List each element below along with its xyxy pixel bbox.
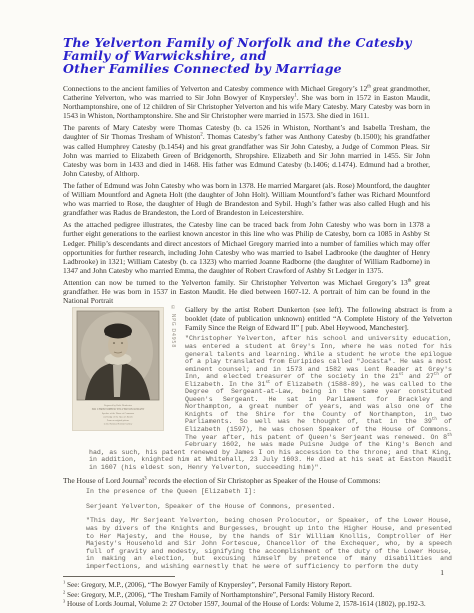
page-number: 1 [440, 568, 444, 577]
portrait-figure: Engraved by Robt. Dunkerton SIR CHRISTOP… [72, 307, 176, 445]
footnote-divider [63, 576, 175, 577]
quote-presence-line: In the presence of the Queen [Elizabeth … [86, 488, 452, 496]
document-title: The Yelverton Family of Norfolk and the … [63, 36, 430, 75]
paragraph-pedigree: As the attached pedigree illustrates, th… [63, 220, 430, 275]
title-line-1: The Yelverton Family of Norfolk and the … [63, 35, 412, 63]
document-page: The Yelverton Family of Norfolk and the … [0, 0, 474, 613]
quote-speech-paragraph: "This day, Mr Serjeant Yelverton, being … [86, 517, 452, 570]
npg-credit-label: © NPG D4958 [170, 305, 176, 348]
portrait-and-abstract-section: Engraved by Robt. Dunkerton SIR CHRISTOP… [63, 305, 452, 471]
footnotes-section: 1 See: Gregory, M.P., (2006), “The Bowye… [63, 576, 430, 609]
footnote-1: 1 See: Gregory, M.P., (2006), “The Bowye… [63, 581, 430, 590]
paragraph-catesby-parents: The parents of Mary Catesby were Thomas … [63, 123, 430, 178]
portrait-image: Engraved by Robt. Dunkerton SIR CHRISTOP… [72, 307, 164, 445]
paragraph-connections: Connections to the ancient families of Y… [63, 84, 430, 120]
footnote-2: 2 See: Gregory, M.P., (2006), “The Tresh… [63, 591, 430, 600]
svg-text:and Judge of the Queen's Bench: and Judge of the Queen's Bench [103, 416, 133, 419]
paragraph-yelverton-intro: Attention can now be turned to the Yelve… [63, 278, 430, 305]
lords-journal-heading: The House of Lord Journal3 records the e… [63, 476, 430, 485]
footnote-3: 3 House of Lords Journal, Volume 2: 27 O… [63, 600, 430, 609]
title-line-2: Other Families Connected by Marriage [63, 61, 342, 76]
svg-text:in the National Portrait Galle: in the National Portrait Gallery [104, 424, 133, 426]
svg-text:Speaker of the House of Common: Speaker of the House of Commons [102, 412, 134, 415]
quote-presented-line: Serjeant Yelverton, Speaker of the House… [86, 503, 452, 511]
paragraph-edmund-father: The father of Edmund was John Catesby wh… [63, 181, 430, 217]
svg-text:Engraved by Robt. Dunkerton: Engraved by Robt. Dunkerton [104, 404, 133, 407]
svg-text:SIR CHRISTOPHER YELVERTON KNIG: SIR CHRISTOPHER YELVERTON KNIGHT [92, 408, 145, 411]
svg-text:From an original picture: From an original picture [107, 419, 129, 422]
